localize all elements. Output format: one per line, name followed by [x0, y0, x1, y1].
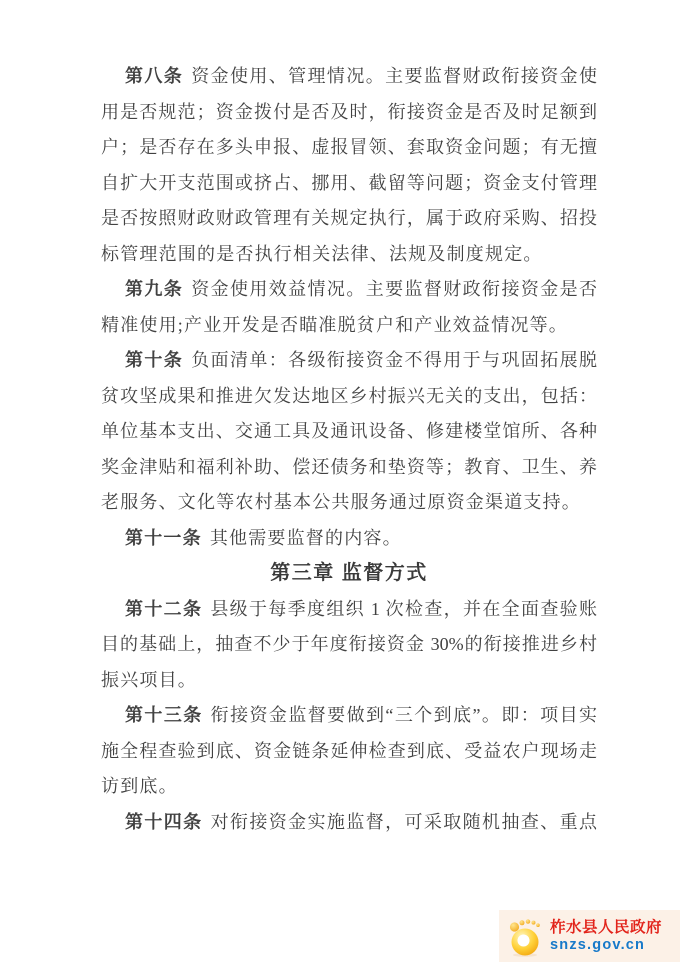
text-line: 访到底。 — [101, 769, 597, 805]
text-line: 第十二条县级于每季度组织 1 次检查，并在全面查验账 — [101, 592, 597, 628]
text-line: 振兴项目。 — [101, 663, 597, 699]
text-line: 单位基本支出、交通工具及通讯设备、修建楼堂馆所、各种 — [101, 414, 597, 450]
text-line: 施全程查验到底、资金链条延伸检查到底、受益农户现场走 — [101, 734, 597, 770]
footer-logo-text: 柞水县人民政府 snzs.gov.cn — [550, 918, 662, 954]
text-line: 目的基础上，抽查不少于年度衔接资金 30%的衔接推进乡村 — [101, 627, 597, 663]
footprint-icon — [506, 916, 543, 957]
article-label: 第十条 — [125, 350, 183, 370]
article-label: 第八条 — [125, 66, 183, 86]
text-line: 自扩大开支范围或挤占、挪用、截留等问题；资金支付管理 — [101, 166, 597, 202]
text-line: 第十三条衔接资金监督要做到“三个到底”。即：项目实 — [101, 698, 597, 734]
chapter-heading: 第三章 监督方式 — [101, 556, 597, 592]
text-line: 第八条资金使用、管理情况。主要监督财政衔接资金使 — [101, 59, 597, 95]
footer-logo: 柞水县人民政府 snzs.gov.cn — [499, 910, 680, 962]
text-line: 户；是否存在多头申报、虚报冒领、套取资金问题；有无擅 — [101, 130, 597, 166]
text-line: 是否按照财政财政管理有关规定执行，属于政府采购、招投 — [101, 201, 597, 237]
document-body: 第八条资金使用、管理情况。主要监督财政衔接资金使用是否规范；资金拨付是否及时，衔… — [101, 59, 597, 840]
document-page: 第八条资金使用、管理情况。主要监督财政衔接资金使用是否规范；资金拨付是否及时，衔… — [0, 0, 680, 962]
article-label: 第十一条 — [125, 528, 202, 548]
text-line: 精准使用;产业开发是否瞄准脱贫户和产业效益情况等。 — [101, 308, 597, 344]
text-line: 第九条资金使用效益情况。主要监督财政衔接资金是否 — [101, 272, 597, 308]
text-line: 老服务、文化等农村基本公共服务通过原资金渠道支持。 — [101, 485, 597, 521]
text-line: 奖金津贴和福利补助、偿还债务和垫资等；教育、卫生、养 — [101, 450, 597, 486]
article-label: 第九条 — [125, 279, 183, 299]
article-label: 第十四条 — [125, 812, 203, 832]
text-line: 贫攻坚成果和推进欠发达地区乡村振兴无关的支出，包括： — [101, 379, 597, 415]
logo-org-name: 柞水县人民政府 — [550, 918, 662, 937]
article-label: 第十三条 — [125, 705, 203, 725]
article-label: 第十二条 — [125, 599, 202, 619]
text-line: 用是否规范；资金拨付是否及时，衔接资金是否及时足额到 — [101, 95, 597, 131]
text-line: 第十条负面清单：各级衔接资金不得用于与巩固拓展脱 — [101, 343, 597, 379]
text-line: 标管理范围的是否执行相关法律、法规及制度规定。 — [101, 237, 597, 273]
logo-domain: snzs.gov.cn — [550, 937, 662, 954]
text-line: 第十四条对衔接资金实施监督，可采取随机抽查、重点 — [101, 805, 597, 841]
text-line: 第十一条其他需要监督的内容。 — [101, 521, 597, 557]
